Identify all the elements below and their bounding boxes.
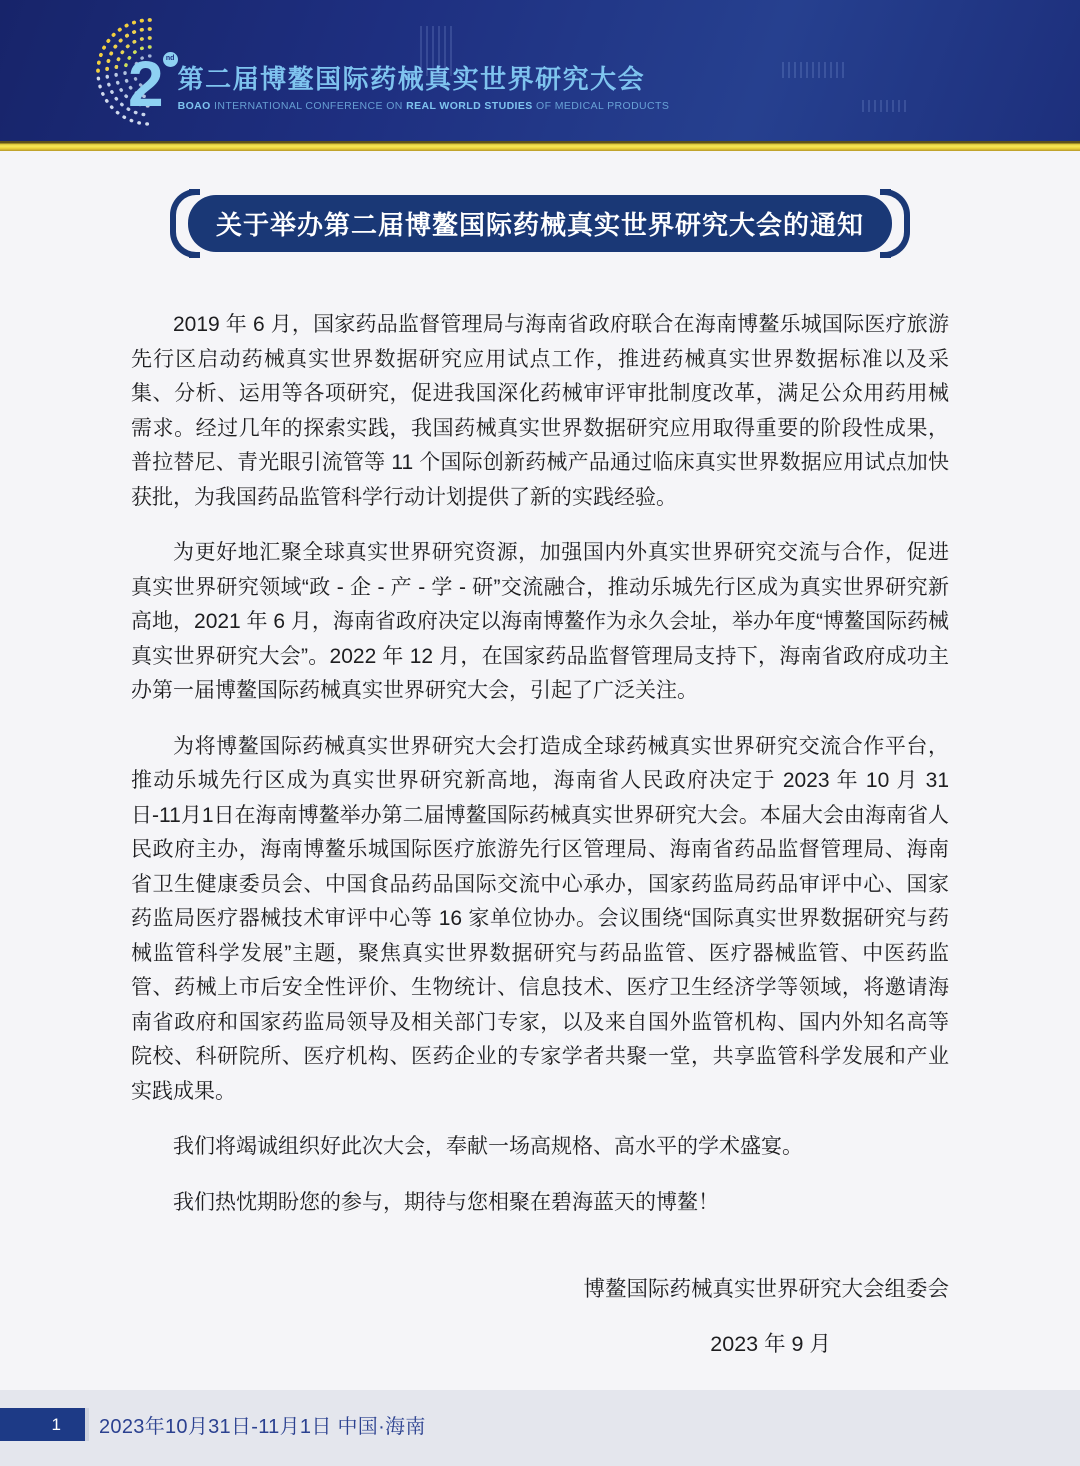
conference-logo: 2 nd 第二届博鳌国际药械真实世界研究大会 BOAO INTERNATIONA…	[128, 56, 669, 112]
watermark-bars	[862, 100, 908, 112]
event-date-location: 2023年10月31日-11月1日 中国·海南	[99, 1410, 426, 1439]
notice-body: 2019 年 6 月，国家药品监督管理局与海南省政府联合在海南博鳌乐城国际医疗旅…	[131, 308, 949, 1220]
gold-divider	[0, 141, 1080, 151]
edition-number: 2 nd	[128, 56, 162, 112]
notice-paragraph: 我们将竭诚组织好此次大会，奉献一场高规格、高水平的学术盛宴。	[131, 1130, 949, 1165]
signature-organization: 博鳌国际药械真实世界研究大会组委会	[131, 1272, 949, 1303]
signature-block: 博鳌国际药械真实世界研究大会组委会 2023 年 9 月	[131, 1272, 949, 1358]
notice-paragraph: 我们热忱期盼您的参与，期待与您相聚在碧海蓝天的博鳌！	[131, 1186, 949, 1221]
notice-paragraph: 为将博鳌国际药械真实世界研究大会打造成全球药械真实世界研究交流合作平台，推动乐城…	[131, 730, 949, 1110]
watermark-bars	[420, 26, 454, 76]
notice-paragraph: 2019 年 6 月，国家药品监督管理局与海南省政府联合在海南博鳌乐城国际医疗旅…	[131, 308, 949, 515]
edition-suffix-badge: nd	[163, 52, 178, 67]
watermark-bars	[782, 62, 846, 78]
notice-document-page: 2 nd 第二届博鳌国际药械真实世界研究大会 BOAO INTERNATIONA…	[0, 0, 1080, 1466]
conference-title-en: BOAO INTERNATIONAL CONFERENCE ON REAL WO…	[178, 100, 670, 112]
notice-title: 关于举办第二届博鳌国际药械真实世界研究大会的通知	[188, 195, 892, 252]
page-number-badge: 1	[0, 1408, 89, 1441]
notice-title-banner: 关于举办第二届博鳌国际药械真实世界研究大会的通知	[188, 195, 892, 252]
notice-paragraph: 为更好地汇聚全球真实世界研究资源，加强国内外真实世界研究交流与合作，促进真实世界…	[131, 536, 949, 709]
signature-date: 2023 年 9 月	[131, 1327, 949, 1358]
header-banner: 2 nd 第二届博鳌国际药械真实世界研究大会 BOAO INTERNATIONA…	[0, 0, 1080, 141]
footer-bar: 1 2023年10月31日-11月1日 中国·海南	[0, 1408, 426, 1441]
